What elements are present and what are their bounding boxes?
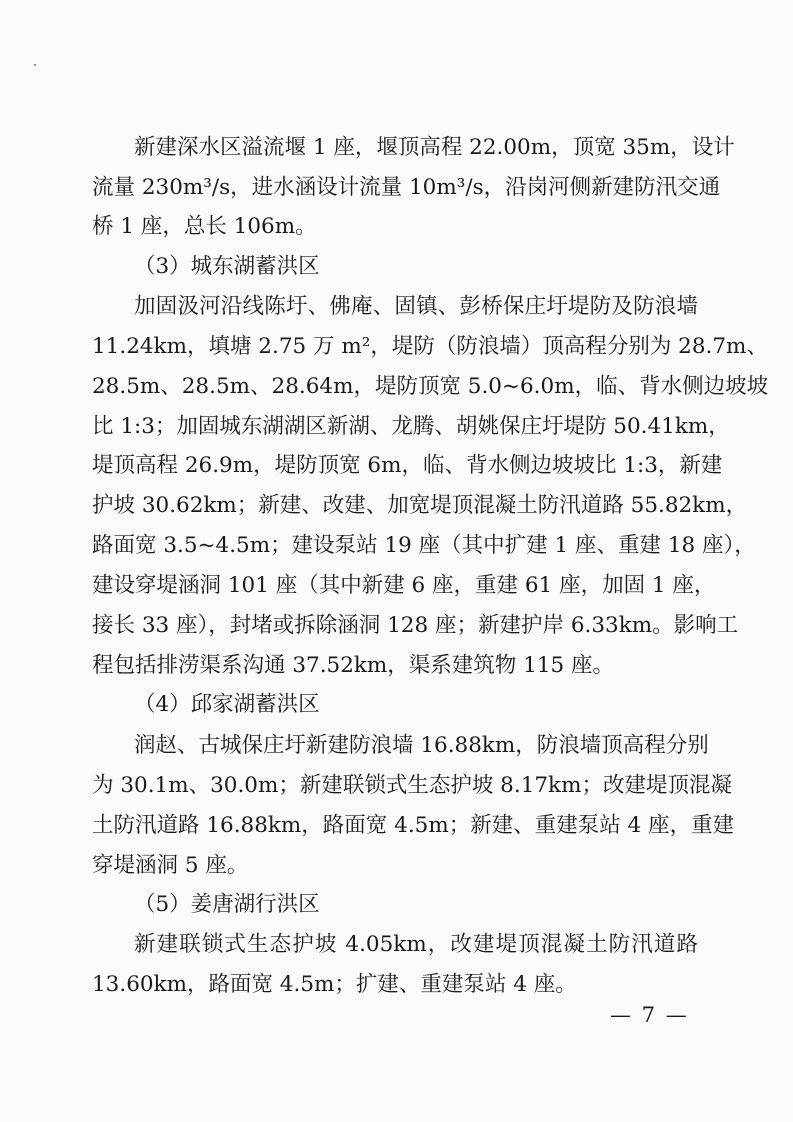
text-line: 11.24km，填塘 2.75 万 m²，堤防（防浪墙）顶高程分别为 28.7m… bbox=[92, 327, 698, 367]
text-line: 润赵、古城保庄圩新建防浪墙 16.88km，防浪墙顶高程分别 bbox=[134, 726, 698, 766]
text-line: 路面宽 3.5~4.5m；建设泵站 19 座（其中扩建 1 座、重建 18 座）… bbox=[92, 526, 698, 566]
scan-speck bbox=[34, 64, 36, 66]
text-line: 建设穿堤涵洞 101 座（其中新建 6 座，重建 61 座，加固 1 座， bbox=[92, 566, 698, 606]
text-line: 比 1:3；加固城东湖湖区新湖、龙腾、胡姚保庄圩堤防 50.41km， bbox=[92, 407, 698, 447]
section-heading-qiujiahu: （4）邱家湖蓄洪区 bbox=[134, 685, 320, 725]
text-line: 28.5m、28.5m、28.64m，堤防顶宽 5.0~6.0m，临、背水侧边坡… bbox=[92, 367, 698, 407]
text-line: 穿堤涵洞 5 座。 bbox=[92, 846, 698, 886]
text-line: 新建联锁式生态护坡 4.05km，改建堤顶混凝土防汛道路 bbox=[134, 925, 698, 965]
text-line: 土防汛道路 16.88km，路面宽 4.5m；新建、重建泵站 4 座，重建 bbox=[92, 806, 698, 846]
text-line: 程包括排涝渠系沟通 37.52km，渠系建筑物 115 座。 bbox=[92, 646, 698, 686]
text-line: 桥 1 座，总长 106m。 bbox=[92, 207, 698, 247]
text-line: 护坡 30.62km；新建、改建、加宽堤顶混凝土防汛道路 55.82km， bbox=[92, 486, 698, 526]
page-number: — 7 — bbox=[610, 1000, 689, 1030]
text-line: 流量 230m³/s，进水涵设计流量 10m³/s，沿岗河侧新建防汛交通 bbox=[92, 168, 698, 208]
section-heading-chengdonghu: （3）城东湖蓄洪区 bbox=[134, 247, 320, 287]
text-line: 13.60km，路面宽 4.5m；扩建、重建泵站 4 座。 bbox=[92, 965, 698, 1005]
text-line: 为 30.1m、30.0m；新建联锁式生态护坡 8.17km；改建堤顶混凝 bbox=[92, 766, 698, 806]
text-line: 加固汲河沿线陈圩、佛庵、固镇、彭桥保庄圩堤防及防浪墙 bbox=[134, 287, 698, 327]
text-line: 新建深水区溢流堰 1 座，堰顶高程 22.00m，顶宽 35m，设计 bbox=[134, 128, 698, 168]
section-heading-jiangtanghu: （5）姜唐湖行洪区 bbox=[134, 885, 320, 925]
text-line: 堤顶高程 26.9m，堤防顶宽 6m，临、背水侧边坡坡比 1:3，新建 bbox=[92, 446, 698, 486]
text-line: 接长 33 座），封堵或拆除涵洞 128 座；新建护岸 6.33km。影响工 bbox=[92, 606, 698, 646]
document-page: 新建深水区溢流堰 1 座，堰顶高程 22.00m，顶宽 35m，设计 流量 23… bbox=[0, 0, 793, 1122]
